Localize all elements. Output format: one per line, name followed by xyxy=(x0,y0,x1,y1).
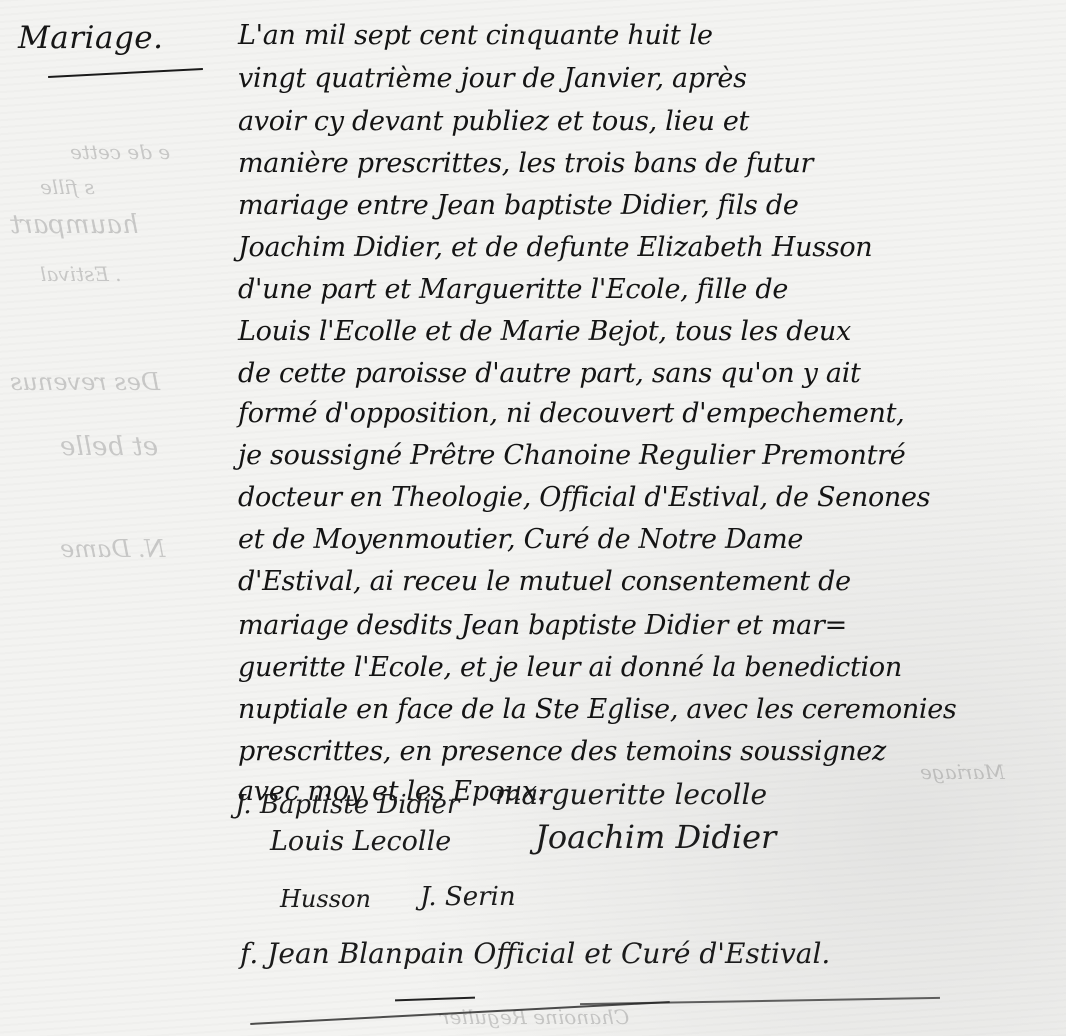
signature-officiant: f. Jean Blanpain Official et Curé d'Esti… xyxy=(240,937,830,970)
text-line: je soussigné Prêtre Chanoine Regulier Pr… xyxy=(238,440,905,471)
scanned-register-page: e de cette s fille haumpart . Estival De… xyxy=(0,0,1066,1036)
signature-groom: J. Baptiste Didier xyxy=(235,790,459,820)
text-line: Louis l'Ecolle et de Marie Bejot, tous l… xyxy=(238,316,851,347)
bleed-through-text: Des revenus xyxy=(10,368,160,396)
bleed-through-text: et belle xyxy=(60,432,158,462)
signature-bride-father: Louis Lecolle xyxy=(270,826,451,857)
signature-bride: margueritte lecolle xyxy=(495,778,767,811)
text-line: docteur en Theologie, Official d'Estival… xyxy=(238,482,930,513)
text-line: formé d'opposition, ni decouvert d'empec… xyxy=(238,398,904,429)
signature-witness-serin: J. Serin xyxy=(420,882,516,912)
bleed-through-text: . Estival xyxy=(40,262,122,286)
signature-flourish xyxy=(395,997,475,1002)
signature-flourish xyxy=(580,997,940,1005)
text-line: nuptiale en face de la Ste Eglise, avec … xyxy=(238,694,956,725)
text-line: vingt quatrième jour de Janvier, après xyxy=(238,63,747,94)
bleed-through-text: haumpart xyxy=(10,210,139,240)
margin-heading: Mariage. xyxy=(18,20,163,56)
text-line: L'an mil sept cent cinquante huit le xyxy=(238,20,713,51)
bleed-through-text: s fille xyxy=(40,175,95,199)
margin-underline xyxy=(48,68,203,78)
text-line: et de Moyenmoutier, Curé de Notre Dame xyxy=(238,524,803,555)
text-line: avoir cy devant publiez et tous, lieu et xyxy=(238,106,749,137)
text-line: d'une part et Margueritte l'Ecole, fille… xyxy=(238,274,788,305)
text-line: d'Estival, ai receu le mutuel consenteme… xyxy=(238,566,851,597)
bleed-through-text: Mariage xyxy=(920,760,1005,784)
text-line: mariage desdits Jean baptiste Didier et … xyxy=(238,610,847,641)
bleed-through-text: e de cette xyxy=(70,140,170,164)
text-line: gueritte l'Ecole, et je leur ai donné la… xyxy=(238,652,902,683)
signature-witness-husson: Husson xyxy=(280,885,371,913)
signature-groom-father: Joachim Didier xyxy=(535,818,776,856)
text-line: manière prescrittes, les trois bans de f… xyxy=(238,148,813,179)
text-line: prescrittes, en presence des temoins sou… xyxy=(238,736,886,767)
text-line: Joachim Didier, et de defunte Elizabeth … xyxy=(238,232,872,263)
bleed-through-text: N. Dame xyxy=(60,535,165,563)
text-line: de cette paroisse d'autre part, sans qu'… xyxy=(238,358,861,389)
text-line: mariage entre Jean baptiste Didier, fils… xyxy=(238,190,799,221)
